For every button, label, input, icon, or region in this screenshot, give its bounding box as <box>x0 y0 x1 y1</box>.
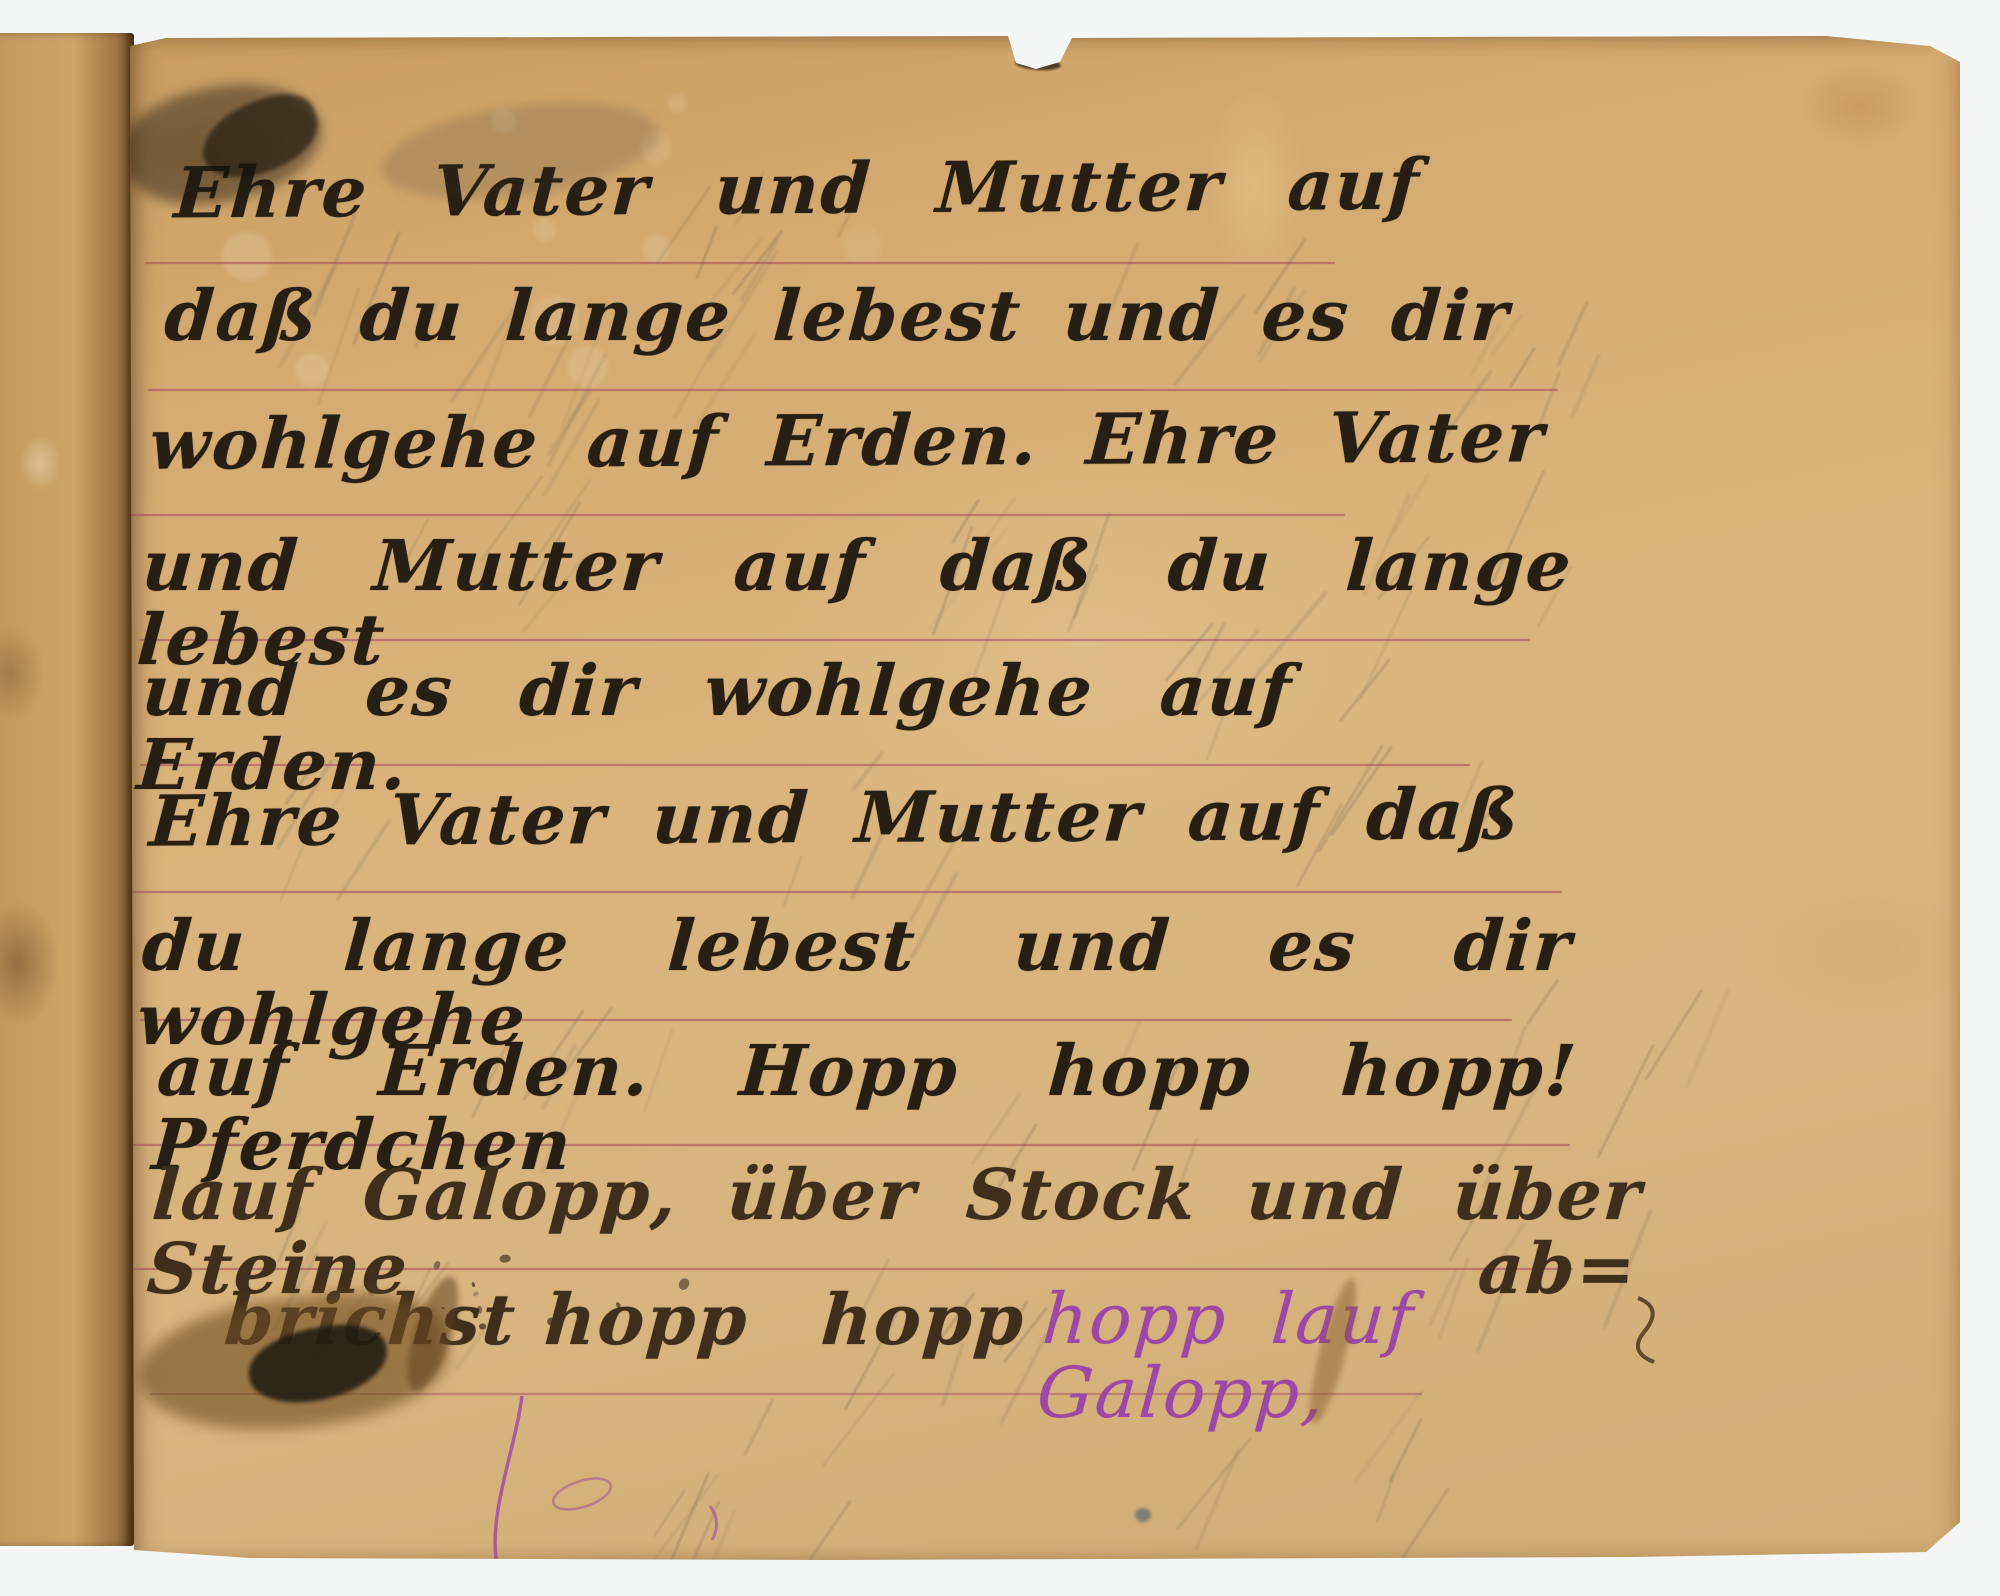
manuscript-page: Ehre Vater und Mutter auf daß du lange l… <box>130 36 1960 1562</box>
handwriting-text: hopp lauf Galopp, <box>1035 1278 1418 1434</box>
handwriting-text: hopp hopp <box>542 1278 1028 1361</box>
handwriting-segment: brichst <box>222 1283 487 1357</box>
facing-page-edge <box>0 33 134 1546</box>
scan-background: Ehre Vater und Mutter auf daß du lange l… <box>0 0 2000 1596</box>
handwriting-layer: Ehre Vater und Mutter auf daß du lange l… <box>130 36 1960 1562</box>
handwriting-segment-purple: hopp lauf Galopp, <box>1035 1283 1417 1430</box>
handwriting-line: Ehre Vater und Mutter auf <box>172 148 1422 230</box>
handwriting-line: daß du lange lebest und es dir <box>162 279 1512 353</box>
handwriting-text: daß du lange lebest und es dir <box>162 274 1513 357</box>
handwriting-text: brichst <box>222 1278 519 1361</box>
handwriting-segment: hopp hopp <box>542 1283 1027 1357</box>
handwriting-line: wohlgehe auf Erden. Ehre Vater <box>147 400 1547 481</box>
handwriting-text: Ehre Vater und Mutter auf daß <box>147 772 1523 862</box>
handwriting-line: Ehre Vater und Mutter auf daß <box>147 777 1522 858</box>
handwriting-text: wohlgehe auf Erden. Ehre Vater <box>147 395 1548 485</box>
handwriting-text: Ehre Vater und Mutter auf <box>172 143 1423 235</box>
